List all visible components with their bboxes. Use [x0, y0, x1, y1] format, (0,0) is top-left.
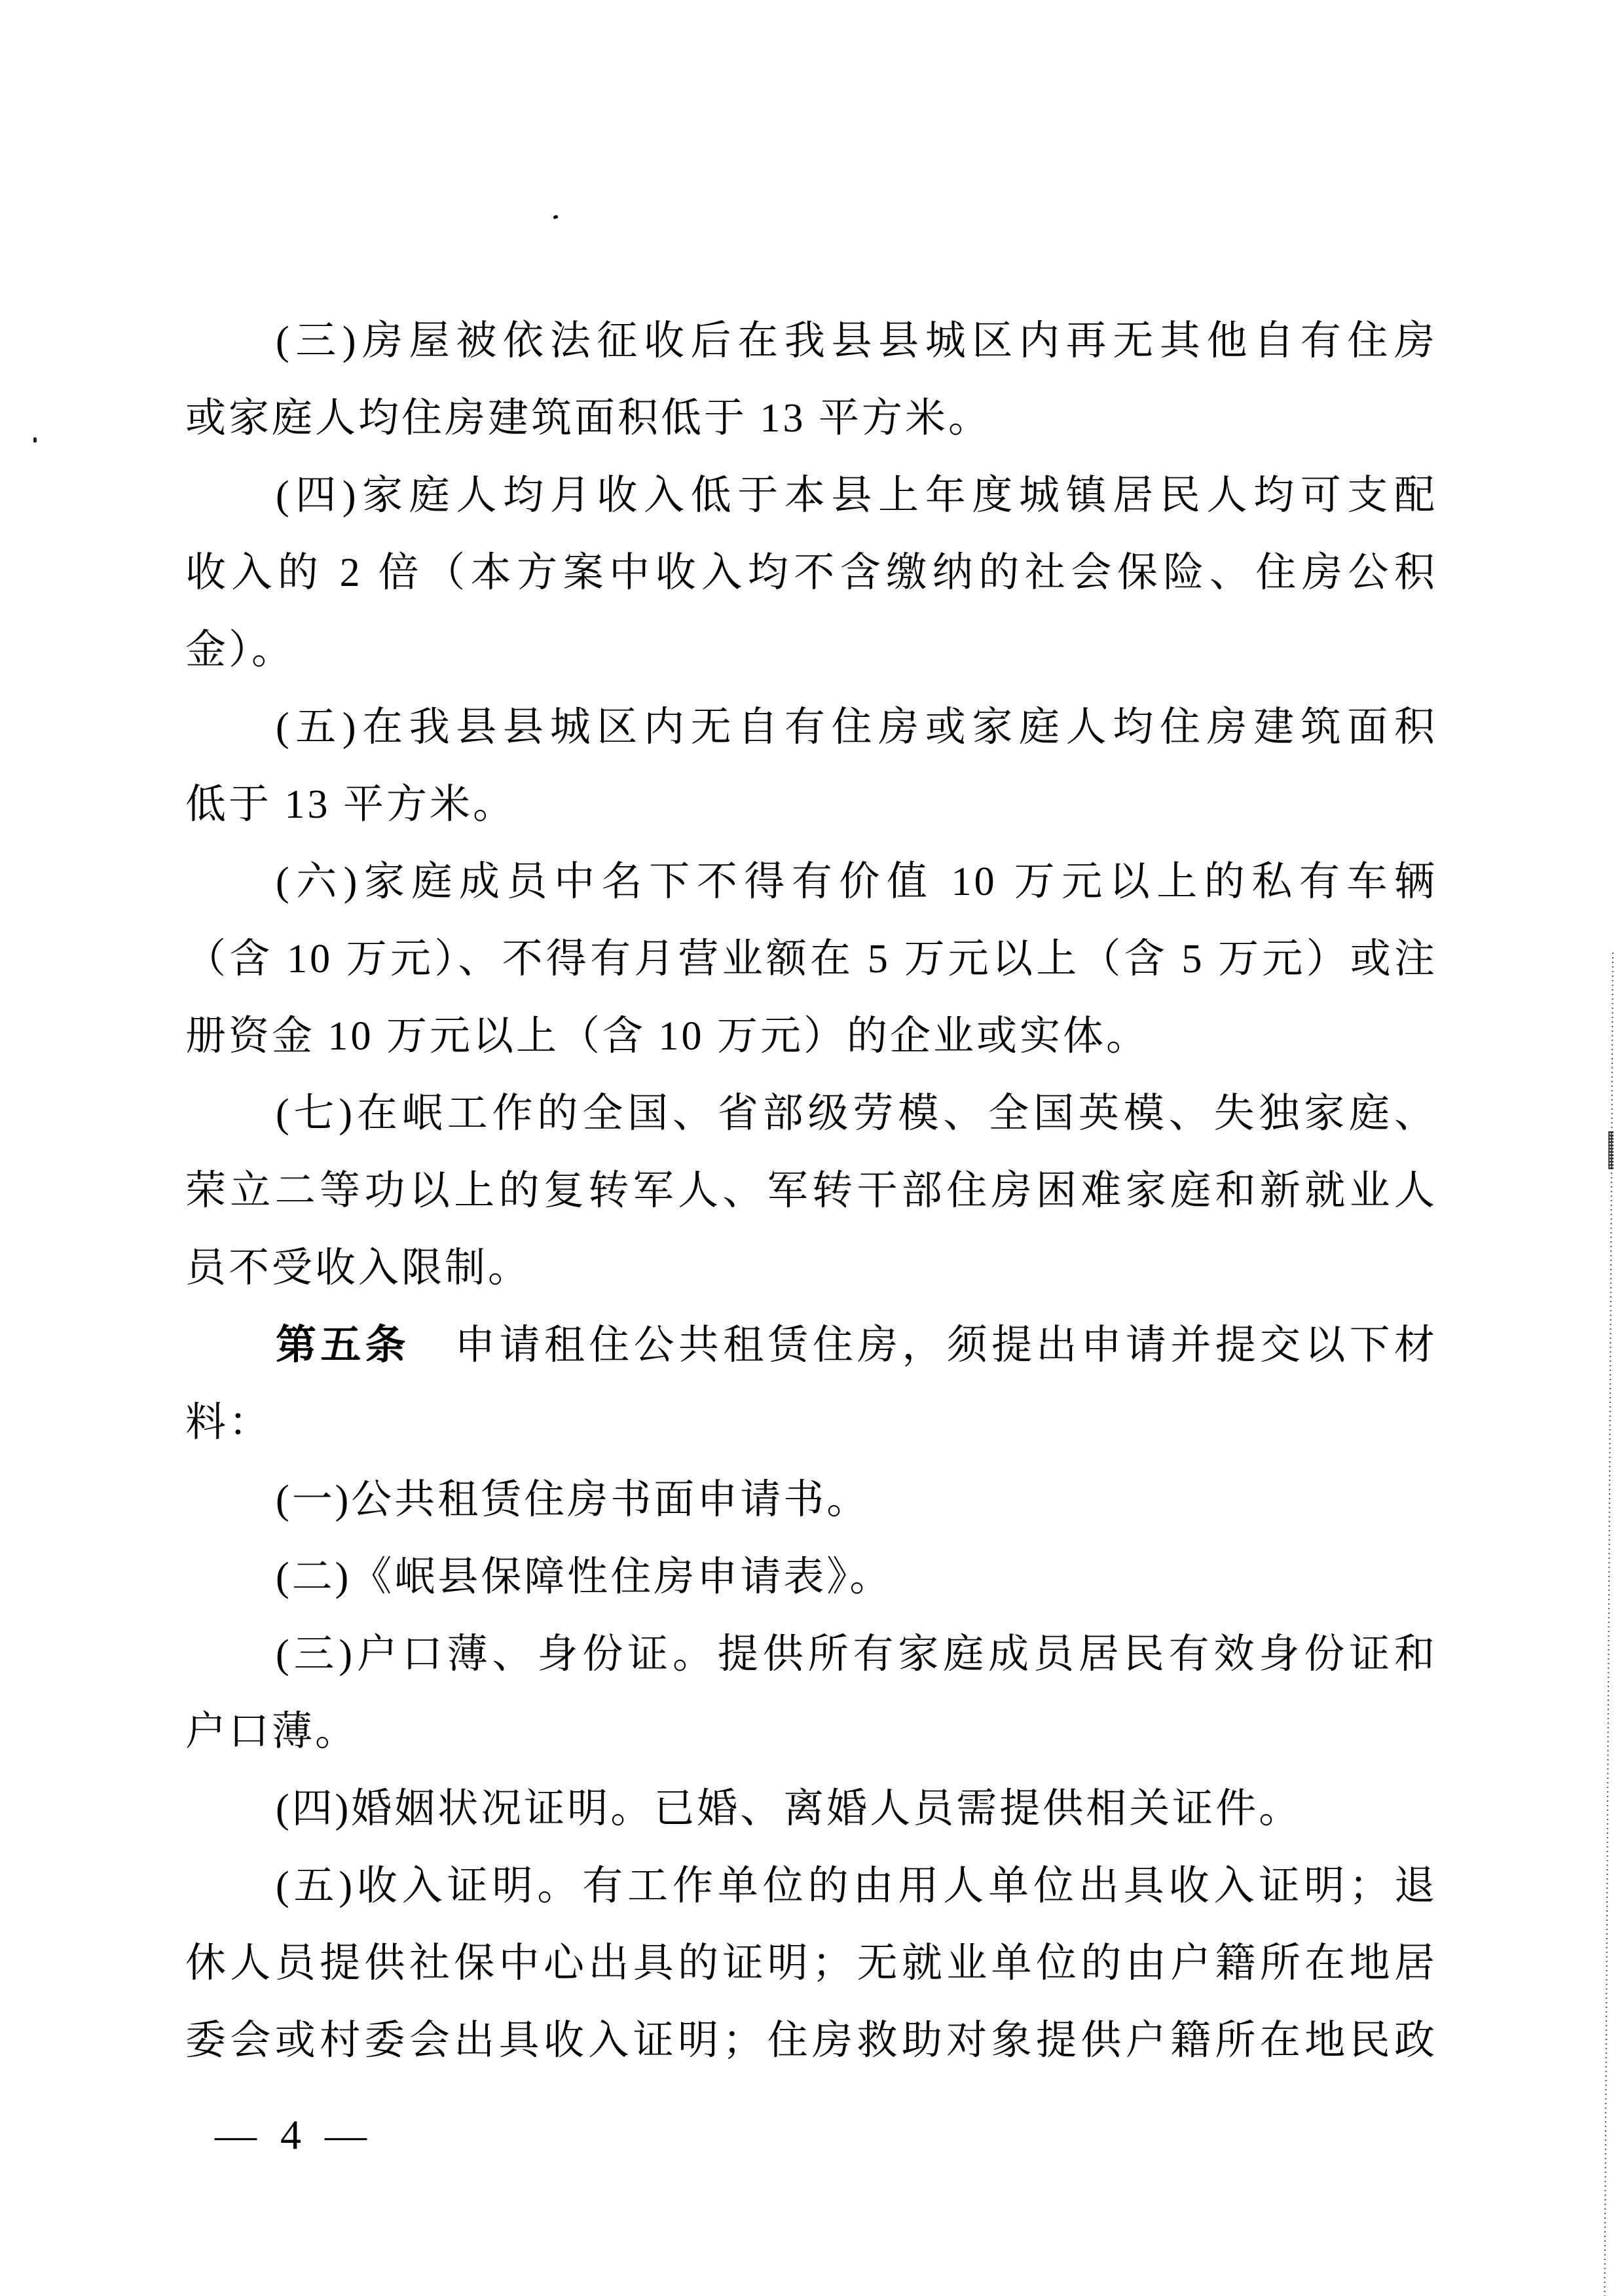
scan-edge-noise-artifact — [1608, 1131, 1614, 1169]
doc-line-material-3-hukou-id: (三)户口薄、身份证。提供所有家庭成员居民有效身份证和 — [185, 1616, 1437, 1693]
doc-line-continuation: 休人员提供社保中心出具的证明；无就业单位的由户籍所在地居 — [185, 1925, 1437, 2002]
doc-line-material-4-marriage: (四)婚姻状况证明。已婚、离婚人员需提供相关证件。 — [185, 1770, 1437, 1848]
doc-line-continuation: 低于 13 平方米。 — [185, 766, 1437, 843]
doc-line-item-3-housing-expropriated: (三)房屋被依法征收后在我县县城区内再无其他自有住房 — [185, 302, 1437, 380]
page-number: — 4 — — [215, 2111, 373, 2159]
doc-line-continuation: 金）。 — [185, 611, 1437, 689]
doc-line-continuation: 员不受收入限制。 — [185, 1230, 1437, 1307]
doc-line-material-2-form: (二)《岷县保障性住房申请表》。 — [185, 1539, 1437, 1616]
doc-line-item-6-vehicle-limit: (六)家庭成员中名下不得有价值 10 万元以上的私有车辆 — [185, 843, 1437, 920]
doc-line-continuation: 收入的 2 倍（本方案中收入均不含缴纳的社会保险、住房公积 — [185, 534, 1437, 611]
doc-line-article-5: 第五条 申请租住公共租赁住房，须提出申请并提交以下材 — [185, 1307, 1437, 1384]
doc-line-item-4-income-limit: (四)家庭人均月收入低于本县上年度城镇居民人均可支配 — [185, 457, 1437, 534]
article-5-number: 第五条 — [276, 1323, 410, 1368]
document-body: (三)房屋被依法征收后在我县县城区内再无其他自有住房 或家庭人均住房建筑面积低于… — [185, 302, 1437, 2079]
doc-line-continuation: （含 10 万元）、不得有月营业额在 5 万元以上（含 5 万元）或注 — [185, 920, 1437, 998]
doc-line-continuation: 荣立二等功以上的复转军人、军转干部住房困难家庭和新就业人 — [185, 1152, 1437, 1230]
doc-line-item-5-no-housing: (五)在我县县城区内无自有住房或家庭人均住房建筑面积 — [185, 689, 1437, 766]
doc-line-material-5-income-proof: (五)收入证明。有工作单位的由用人单位出具收入证明；退 — [185, 1848, 1437, 1925]
doc-line-continuation: 或家庭人均住房建筑面积低于 13 平方米。 — [185, 380, 1437, 457]
article-5-text: 申请租住公共租赁住房，须提出申请并提交以下材 — [410, 1323, 1437, 1368]
doc-line-continuation: 料： — [185, 1384, 1437, 1461]
scan-speckle-artifact — [33, 437, 37, 443]
doc-line-material-1-application: (一)公共租赁住房书面申请书。 — [185, 1461, 1437, 1539]
doc-line-continuation: 委会或村委会出具收入证明；住房救助对象提供户籍所在地民政 — [185, 2002, 1437, 2079]
doc-line-continuation: 册资金 10 万元以上（含 10 万元）的企业或实体。 — [185, 998, 1437, 1075]
doc-line-item-7-exemptions: (七)在岷工作的全国、省部级劳模、全国英模、失独家庭、 — [185, 1075, 1437, 1152]
document-page: (三)房屋被依法征收后在我县县城区内再无其他自有住房 或家庭人均住房建筑面积低于… — [0, 0, 1624, 2296]
scan-speckle-artifact — [553, 215, 558, 219]
doc-line-continuation: 户口薄。 — [185, 1693, 1437, 1770]
